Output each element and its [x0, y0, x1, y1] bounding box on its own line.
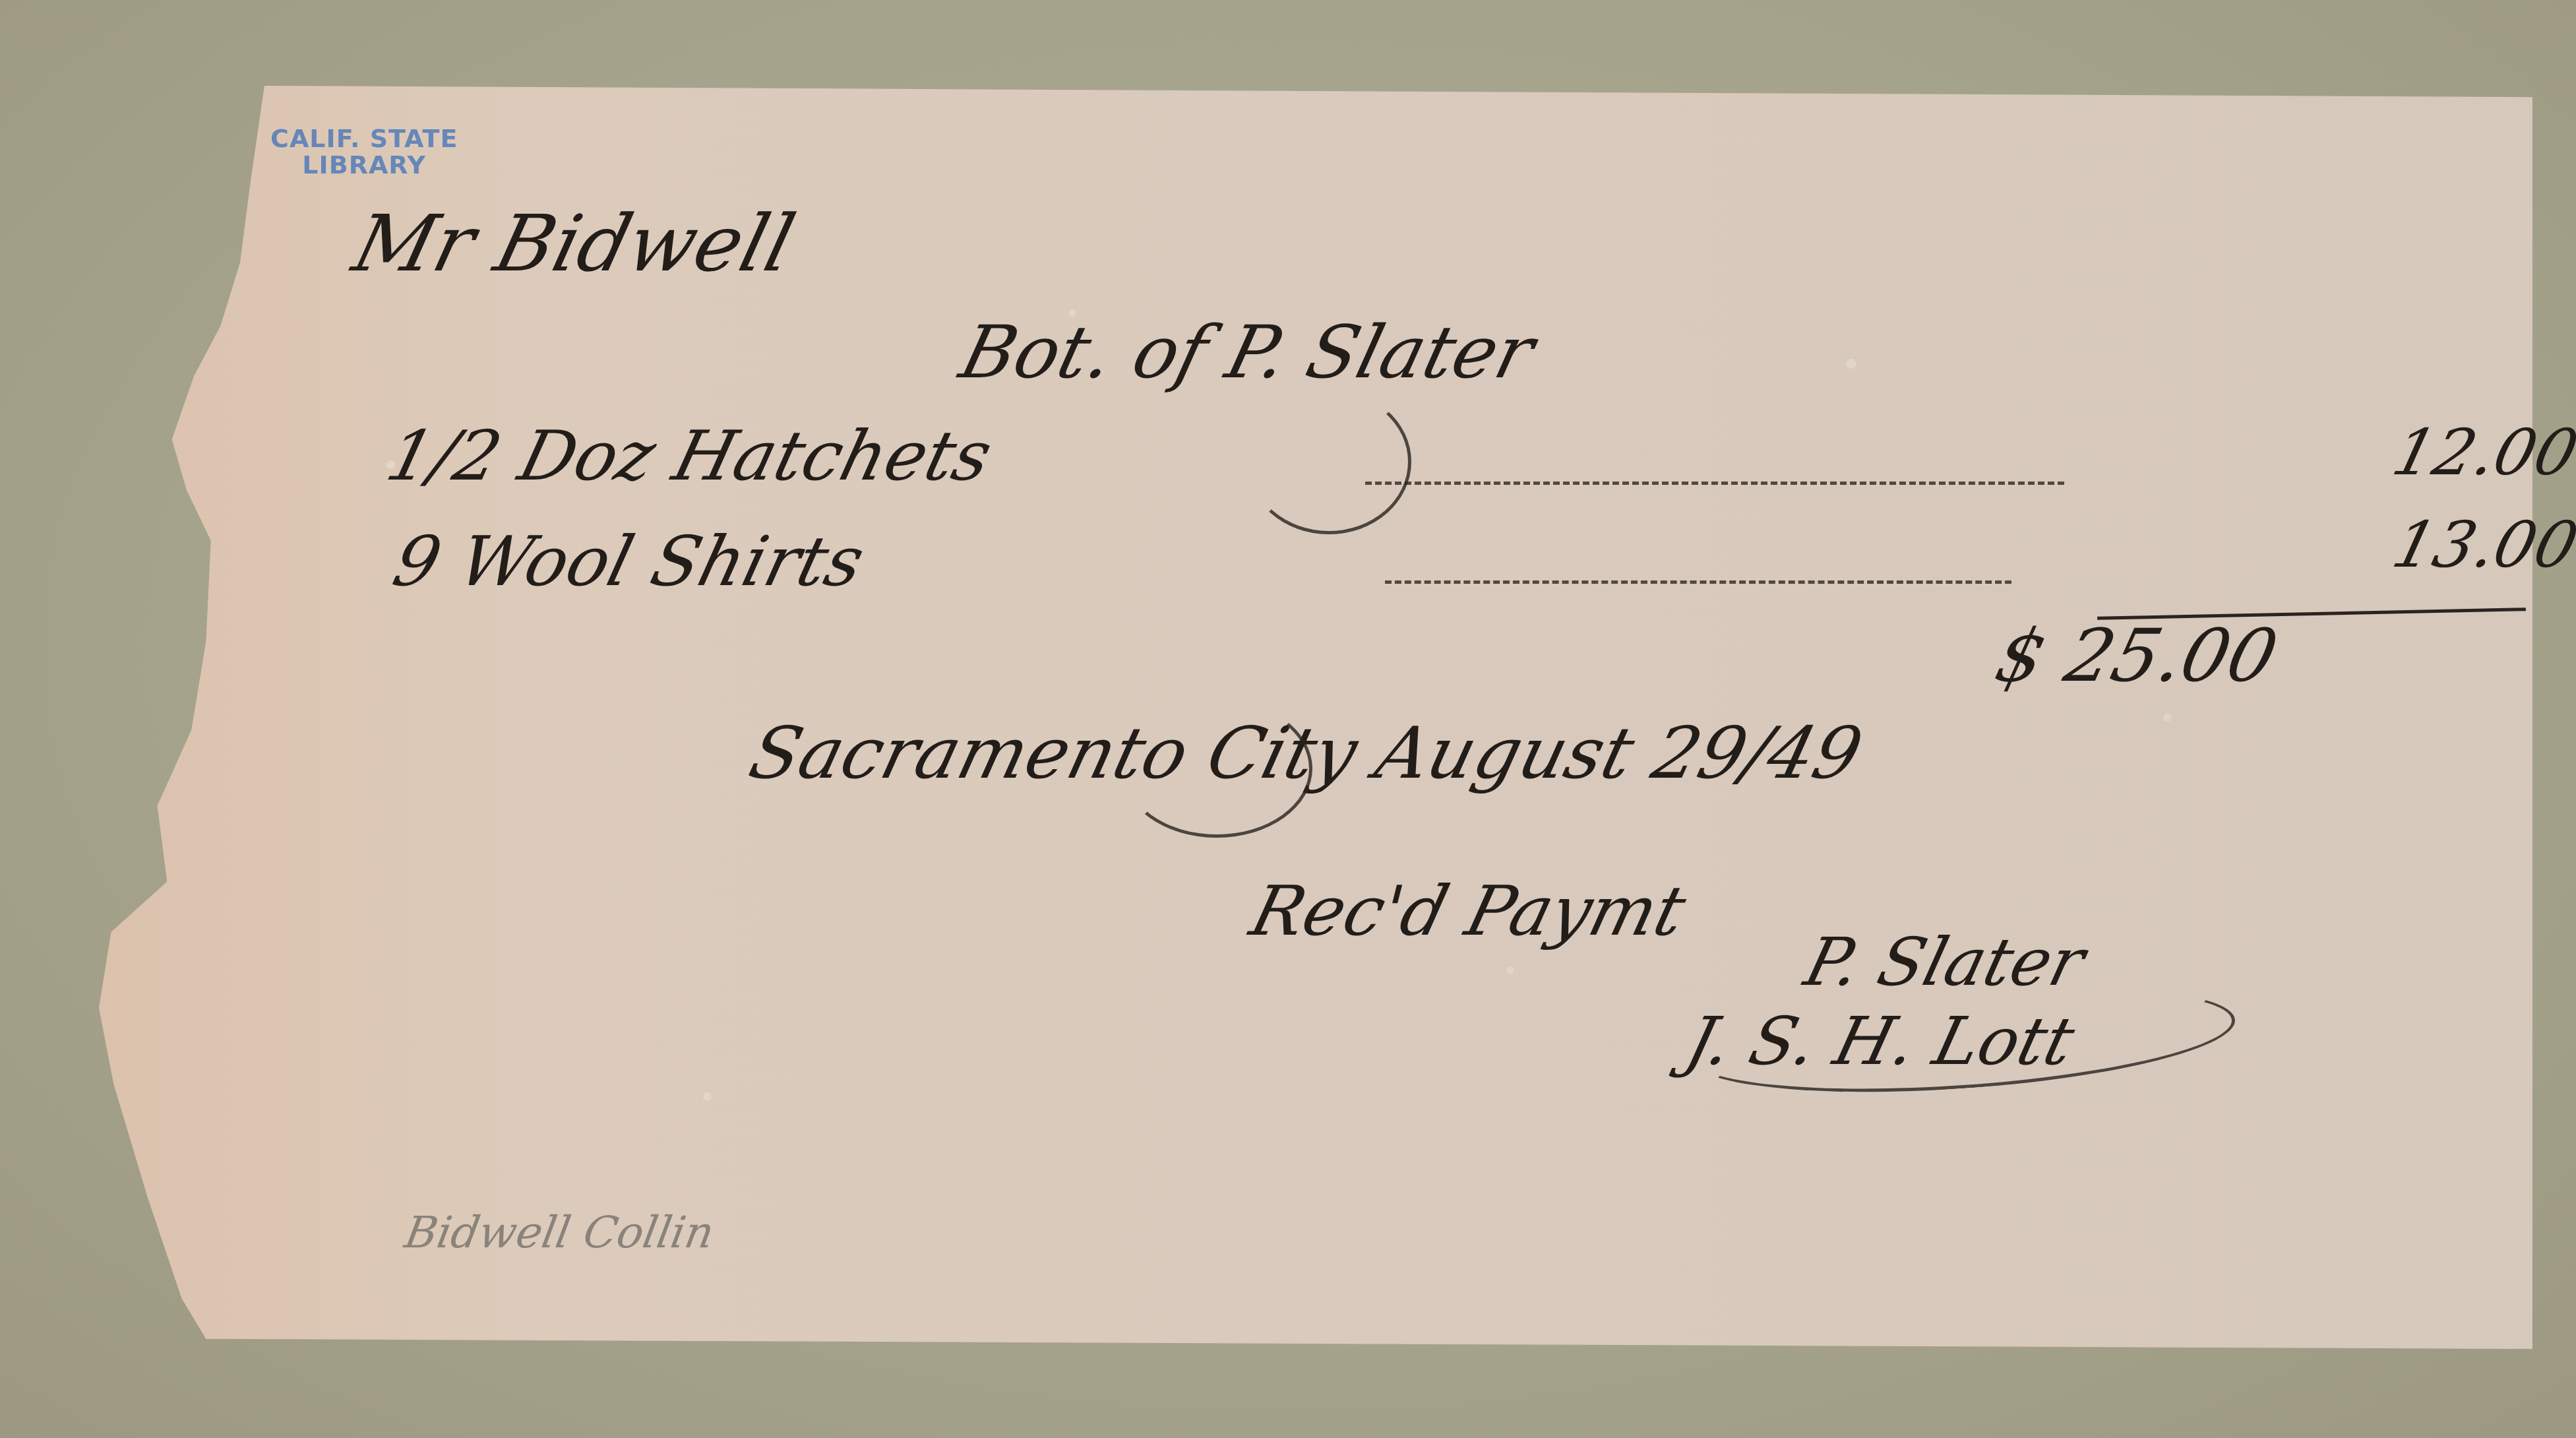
pencil-collection-note: Bidwell Collin — [401, 1207, 718, 1258]
line-item-description: 9 Wool Shirts — [386, 521, 872, 602]
line-item-description: 1/2 Doz Hatchets — [379, 416, 1000, 496]
stamp-line-2: LIBRARY — [270, 152, 458, 178]
line-item-amount: 12.00 — [2246, 416, 2576, 489]
leader-dashes — [1385, 580, 2011, 584]
pen-flourish — [1246, 389, 1411, 534]
total-amount: $ 25.00 — [1988, 613, 2286, 698]
received-payment-line: Rec'd Paymt — [1243, 871, 1694, 951]
salutation: Mr Bidwell — [345, 198, 803, 289]
library-stamp: CALIF. STATE LIBRARY — [270, 125, 458, 178]
pen-flourish — [1121, 699, 1312, 838]
leader-dashes — [1365, 482, 2064, 485]
bought-of-line: Bot. of P. Slater — [952, 310, 1543, 394]
stamp-line-1: CALIF. STATE — [270, 125, 458, 152]
line-item-amount: 13.00 — [2233, 508, 2576, 582]
